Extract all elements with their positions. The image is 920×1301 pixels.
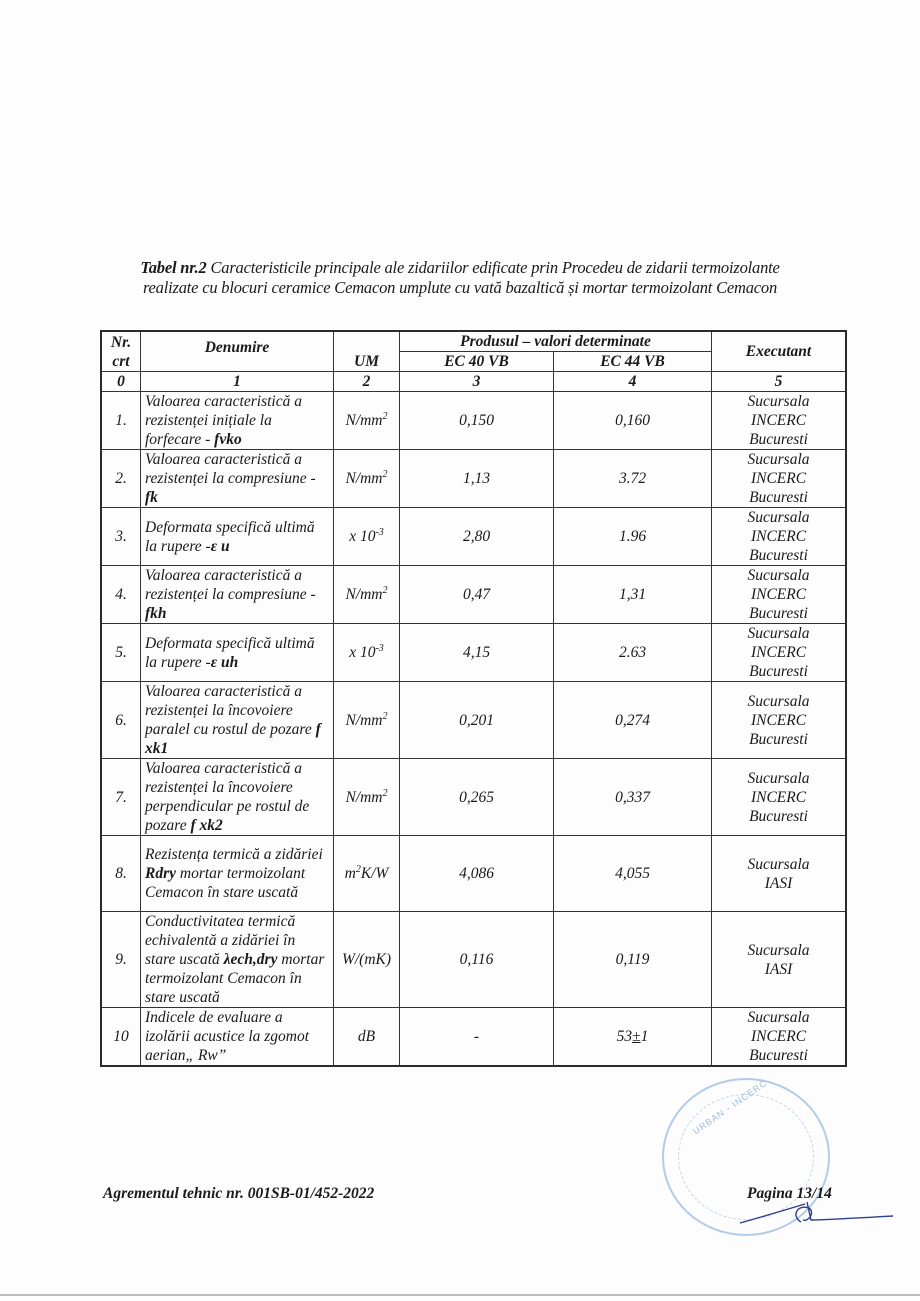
um-text: K/W (361, 865, 389, 882)
denumire-symbol: λech,dry (224, 951, 278, 968)
row-number: 10 (101, 1008, 141, 1067)
row-executant: SucursalaINCERCBucuresti (712, 566, 847, 624)
row-number: 3. (101, 508, 141, 566)
table-row: 10 Indicele de evaluare a izolării acust… (101, 1008, 846, 1067)
row-ec40-value: 0,116 (400, 912, 554, 1008)
caption-text: Caracteristicile principale ale zidariil… (210, 258, 779, 277)
executant-line: INCERC (751, 644, 806, 661)
row-number: 5. (101, 624, 141, 682)
denumire-symbol: ε uh (211, 654, 238, 671)
row-ec44-value: 4,055 (554, 836, 712, 912)
index-cell: 5 (712, 372, 847, 392)
um-superscript: 2 (383, 787, 388, 798)
row-denumire: Deformata specifică ultimă la rupere -ε … (141, 624, 334, 682)
row-um: N/mm2 (334, 682, 400, 759)
row-executant: SucursalaINCERCBucuresti (712, 1008, 847, 1067)
executant-line: INCERC (751, 712, 806, 729)
page-bottom-rule (0, 1294, 920, 1296)
table-row: 4. Valoarea caracteristică a rezistenței… (101, 566, 846, 624)
um-text: N/mm (345, 712, 382, 729)
executant-line: Bucuresti (749, 547, 808, 564)
header-nr-crt: Nr. crt (101, 331, 141, 372)
executant-line: Sucursala (748, 1009, 810, 1026)
row-executant: SucursalaINCERCBucuresti (712, 450, 847, 508)
row-executant: SucursalaINCERCBucuresti (712, 508, 847, 566)
row-executant: SucursalaIASI (712, 836, 847, 912)
index-row: 0 1 2 3 4 5 (101, 372, 846, 392)
um-text: m (345, 865, 356, 882)
row-ec44-value: 0,337 (554, 759, 712, 836)
table-row: 3. Deformata specifică ultimă la rupere … (101, 508, 846, 566)
row-um: N/mm2 (334, 759, 400, 836)
um-text: N/mm (345, 470, 382, 487)
row-denumire: Indicele de evaluare a izolării acustice… (141, 1008, 334, 1067)
table-row: 9. Conductivitatea termică echivalentă a… (101, 912, 846, 1008)
row-number: 7. (101, 759, 141, 836)
row-denumire: Conductivitatea termică echivalentă a zi… (141, 912, 334, 1008)
row-um: N/mm2 (334, 566, 400, 624)
row-denumire: Deformata specifică ultimă la rupere -ε … (141, 508, 334, 566)
executant-line: Bucuresti (749, 663, 808, 680)
executant-line: Bucuresti (749, 431, 808, 448)
row-executant: SucursalaINCERCBucuresti (712, 682, 847, 759)
denumire-text: Valoarea caracteristică a rezistenței la… (145, 451, 316, 487)
um-text: x 10 (349, 644, 375, 661)
row-number: 9. (101, 912, 141, 1008)
row-executant: SucursalaIASI (712, 912, 847, 1008)
row-ec44-value: 0,119 (554, 912, 712, 1008)
executant-line: Sucursala (748, 770, 810, 787)
row-ec40-value: 4,15 (400, 624, 554, 682)
table-row: 1. Valoarea caracteristică a rezistenței… (101, 392, 846, 450)
row-executant: SucursalaINCERCBucuresti (712, 624, 847, 682)
row-um: W/(mK) (334, 912, 400, 1008)
executant-line: Bucuresti (749, 489, 808, 506)
denumire-symbol: f xk2 (191, 817, 223, 834)
row-denumire: Valoarea caracteristică a rezistenței in… (141, 392, 334, 450)
denumire-text: Valoarea caracteristică a rezistenței la… (145, 683, 316, 738)
executant-line: Bucuresti (749, 731, 808, 748)
table-caption: Tabel nr.2 Caracteristicile principale a… (60, 258, 860, 298)
executant-line: INCERC (751, 789, 806, 806)
denumire-text: Valoarea caracteristică a rezistenței la… (145, 760, 309, 834)
table-row: 2. Valoarea caracteristică a rezistenței… (101, 450, 846, 508)
row-um: m2K/W (334, 836, 400, 912)
caption-label: Tabel nr.2 (140, 258, 206, 277)
row-ec44-value: 0,160 (554, 392, 712, 450)
denumire-symbol: fvko (214, 431, 242, 448)
header-row: Nr. crt Denumire UM Produsul – valori de… (101, 331, 846, 352)
row-um: x 10-3 (334, 508, 400, 566)
um-superscript: 2 (383, 585, 388, 596)
index-cell: 1 (141, 372, 334, 392)
caption-text-line2: realizate cu blocuri ceramice Cemacon um… (143, 278, 777, 297)
signature-icon (735, 1198, 895, 1228)
row-ec44-value: 0,274 (554, 682, 712, 759)
um-text: N/mm (345, 586, 382, 603)
executant-line: INCERC (751, 1028, 806, 1045)
header-nr-label: Nr. (111, 334, 131, 351)
denumire-symbol: fk (145, 489, 158, 506)
row-um: x 10-3 (334, 624, 400, 682)
row-executant: SucursalaINCERCBucuresti (712, 759, 847, 836)
row-ec44-value: 1.96 (554, 508, 712, 566)
executant-line: IASI (765, 875, 793, 892)
header-ec44: EC 44 VB (554, 352, 712, 372)
header-produsul: Produsul – valori determinate (400, 331, 712, 352)
index-cell: 4 (554, 372, 712, 392)
um-text: N/mm (345, 789, 382, 806)
row-ec44-value: 2.63 (554, 624, 712, 682)
table-row: 8. Rezistența termică a zidăriei Rdry mo… (101, 836, 846, 912)
row-denumire: Valoarea caracteristică a rezistenței la… (141, 682, 334, 759)
table-row: 6. Valoarea caracteristică a rezistenței… (101, 682, 846, 759)
denumire-symbol: ε u (211, 538, 230, 555)
row-ec40-value: 0,150 (400, 392, 554, 450)
executant-line: IASI (765, 961, 793, 978)
um-superscript: 2 (383, 710, 388, 721)
row-ec40-value: 0,47 (400, 566, 554, 624)
row-ec40-value: - (400, 1008, 554, 1067)
um-text: x 10 (349, 528, 375, 545)
row-executant: SucursalaINCERCBucuresti (712, 392, 847, 450)
executant-line: INCERC (751, 586, 806, 603)
row-denumire: Valoarea caracteristică a rezistenței la… (141, 759, 334, 836)
denumire-text: Valoarea caracteristică a rezistenței la… (145, 567, 316, 603)
header-denumire: Denumire (141, 331, 334, 372)
row-um: N/mm2 (334, 392, 400, 450)
table-row: 5. Deformata specifică ultimă la rupere … (101, 624, 846, 682)
executant-line: Sucursala (748, 942, 810, 959)
executant-line: INCERC (751, 470, 806, 487)
executant-line: Sucursala (748, 393, 810, 410)
row-ec40-value: 4,086 (400, 836, 554, 912)
row-denumire: Rezistența termică a zidăriei Rdry morta… (141, 836, 334, 912)
header-crt-label: crt (112, 353, 129, 370)
row-number: 2. (101, 450, 141, 508)
row-ec40-value: 0,201 (400, 682, 554, 759)
index-cell: 3 (400, 372, 554, 392)
index-cell: 2 (334, 372, 400, 392)
executant-line: Bucuresti (749, 1047, 808, 1064)
um-superscript: -3 (375, 643, 383, 654)
row-ec40-value: 0,265 (400, 759, 554, 836)
agrement-reference: Agrementul tehnic nr. 001SB-01/452-2022 (103, 1185, 374, 1203)
um-superscript: 2 (383, 411, 388, 422)
row-ec40-value: 2,80 (400, 508, 554, 566)
executant-line: Sucursala (748, 509, 810, 526)
denumire-text: Rezistența termică a zidăriei (145, 846, 323, 863)
plus-minus-sign: ± (632, 1028, 641, 1045)
executant-line: INCERC (751, 528, 806, 545)
executant-line: Bucuresti (749, 808, 808, 825)
executant-line: Sucursala (748, 625, 810, 642)
header-ec40: EC 40 VB (400, 352, 554, 372)
row-um: dB (334, 1008, 400, 1067)
table-row: 7. Valoarea caracteristică a rezistenței… (101, 759, 846, 836)
row-number: 8. (101, 836, 141, 912)
header-executant: Executant (712, 331, 847, 372)
um-superscript: 2 (383, 469, 388, 480)
row-ec40-value: 1,13 (400, 450, 554, 508)
executant-line: Sucursala (748, 451, 810, 468)
denumire-symbol: fkh (145, 605, 167, 622)
row-denumire: Valoarea caracteristică a rezistenței la… (141, 566, 334, 624)
row-number: 1. (101, 392, 141, 450)
executant-line: INCERC (751, 412, 806, 429)
executant-line: Sucursala (748, 567, 810, 584)
index-cell: 0 (101, 372, 141, 392)
value-tolerance: 1 (641, 1028, 649, 1045)
row-ec44-value: 3.72 (554, 450, 712, 508)
denumire-symbol: Rdry (145, 865, 176, 882)
header-um: UM (334, 331, 400, 372)
row-denumire: Valoarea caracteristică a rezistenței la… (141, 450, 334, 508)
um-superscript: -3 (375, 527, 383, 538)
executant-line: Sucursala (748, 693, 810, 710)
characteristics-table: Nr. crt Denumire UM Produsul – valori de… (100, 330, 847, 1067)
um-text: N/mm (345, 412, 382, 429)
row-number: 4. (101, 566, 141, 624)
value-main: 53 (617, 1028, 633, 1045)
executant-line: Bucuresti (749, 605, 808, 622)
executant-line: Sucursala (748, 856, 810, 873)
row-um: N/mm2 (334, 450, 400, 508)
row-ec44-value: 53±1 (554, 1008, 712, 1067)
row-ec44-value: 1,31 (554, 566, 712, 624)
row-number: 6. (101, 682, 141, 759)
